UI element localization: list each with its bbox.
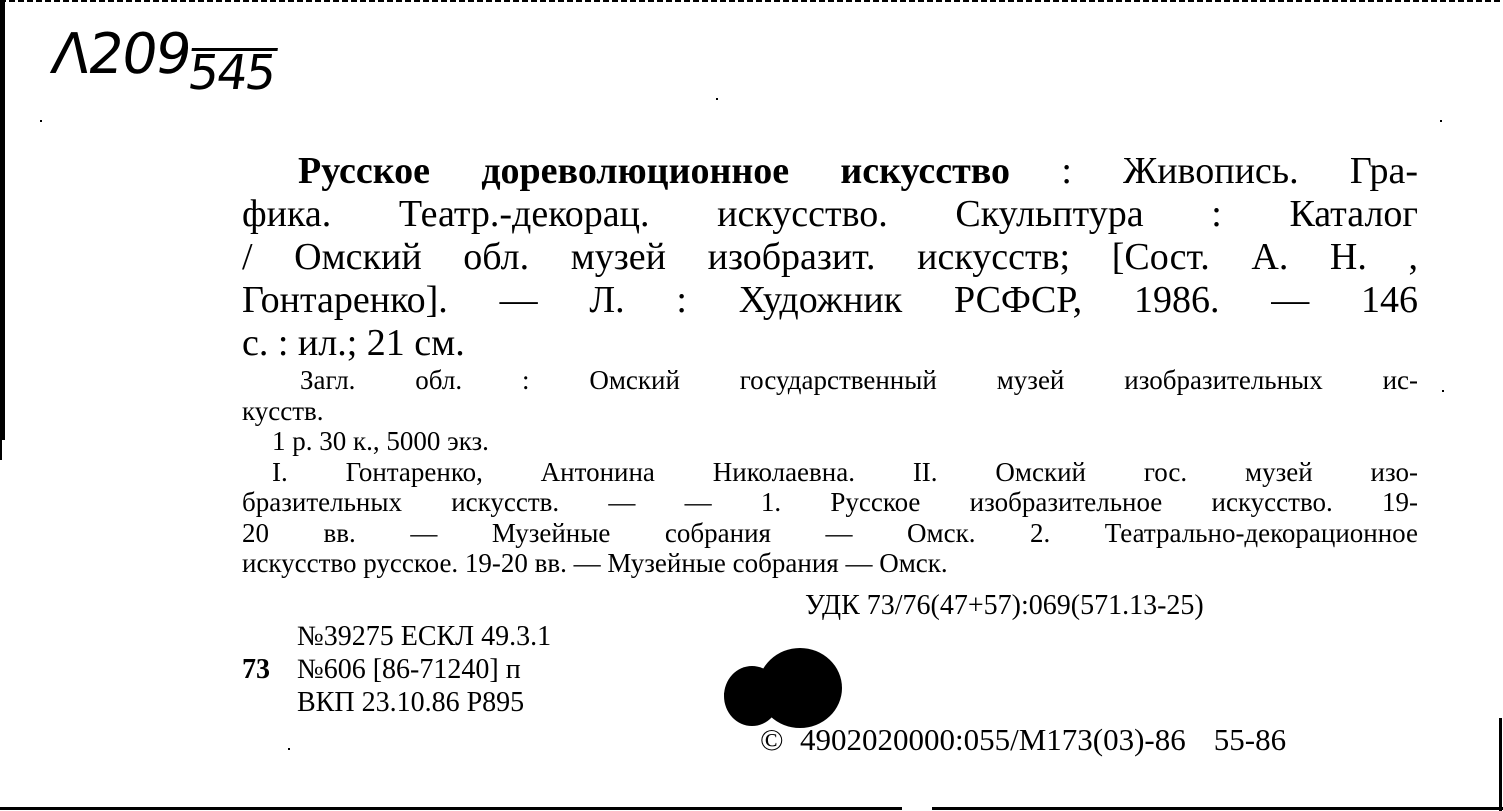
- title-line: Русское дореволюционное искусство : Живо…: [242, 150, 1418, 193]
- shelf-mark-sub: 545: [186, 48, 278, 95]
- description-line: с. : ил.; 21 см.: [242, 322, 1418, 365]
- tech-row: 73№606 [86-71240] п: [242, 653, 551, 686]
- handwritten-shelf-mark: Λ209545: [47, 22, 281, 87]
- description-line: фика. Театр.-декорац. искусство. Скульпт…: [242, 193, 1418, 236]
- card-border-top: [0, 0, 1503, 2]
- tech-text: ВКП 23.10.86 Р895: [297, 687, 524, 718]
- note-line: 20 вв. — Музейные собрания — Омск. 2. Те…: [242, 518, 1418, 549]
- scan-speck: [716, 98, 718, 100]
- card-border-left: [0, 0, 5, 440]
- bibliographic-description: Русское дореволюционное искусство : Живо…: [242, 150, 1418, 365]
- title-bold: Русское дореволюционное искусство: [298, 150, 1010, 192]
- tech-text: №39275 ЕСКЛ 49.3.1: [297, 621, 551, 652]
- note-line: I. Гонтаренко, Антонина Николаевна. II. …: [242, 457, 1418, 488]
- shelf-mark-main: Λ209: [47, 22, 193, 87]
- isbn-code: 4902020000:055/М173(03)-86: [800, 722, 1186, 757]
- scan-speck: [1442, 390, 1444, 392]
- tech-text: №606 [86-71240] п: [297, 654, 521, 685]
- note-line: кусств.: [242, 396, 1418, 427]
- isbn-tail: 55-86: [1214, 722, 1286, 757]
- udc-code: УДК 73/76(47+57):069(571.13-25): [805, 590, 1204, 622]
- scan-speck: [288, 748, 290, 750]
- tech-prefix: 73: [242, 653, 297, 686]
- catalog-card: Λ209545 Русское дореволюционное искусств…: [0, 0, 1503, 811]
- tech-row: ВКП 23.10.86 Р895: [242, 686, 551, 719]
- technical-data: №39275 ЕСКЛ 49.3.1 73№606 [86-71240] п В…: [242, 620, 551, 719]
- scan-speck: [40, 120, 42, 122]
- note-line: Загл. обл. : Омский государственный музе…: [242, 365, 1418, 396]
- title-rest: : Живопись. Гра-: [1010, 150, 1418, 192]
- isbn-line: ©4902020000:055/М173(03)-8655-86: [760, 722, 1286, 758]
- card-border-right: [1499, 718, 1502, 811]
- note-line: искусство русское. 19-20 вв. — Музейные …: [242, 548, 1418, 579]
- notes-section: Загл. обл. : Омский государственный музе…: [242, 365, 1418, 579]
- description-line: / Омский обл. музей изобразит. искусств;…: [242, 236, 1418, 279]
- card-border-left-fragment: [0, 440, 2, 460]
- note-line: бразительных искусств. — — 1. Русское из…: [242, 487, 1418, 518]
- tech-row: №39275 ЕСКЛ 49.3.1: [242, 620, 551, 653]
- copyright-sign-icon: ©: [760, 722, 800, 758]
- card-border-bottom: [0, 807, 1503, 810]
- description-line: Гонтаренко]. — Л. : Художник РСФСР, 1986…: [242, 279, 1418, 322]
- note-line: 1 р. 30 к., 5000 экз.: [242, 426, 1418, 457]
- scan-speck: [1440, 120, 1442, 122]
